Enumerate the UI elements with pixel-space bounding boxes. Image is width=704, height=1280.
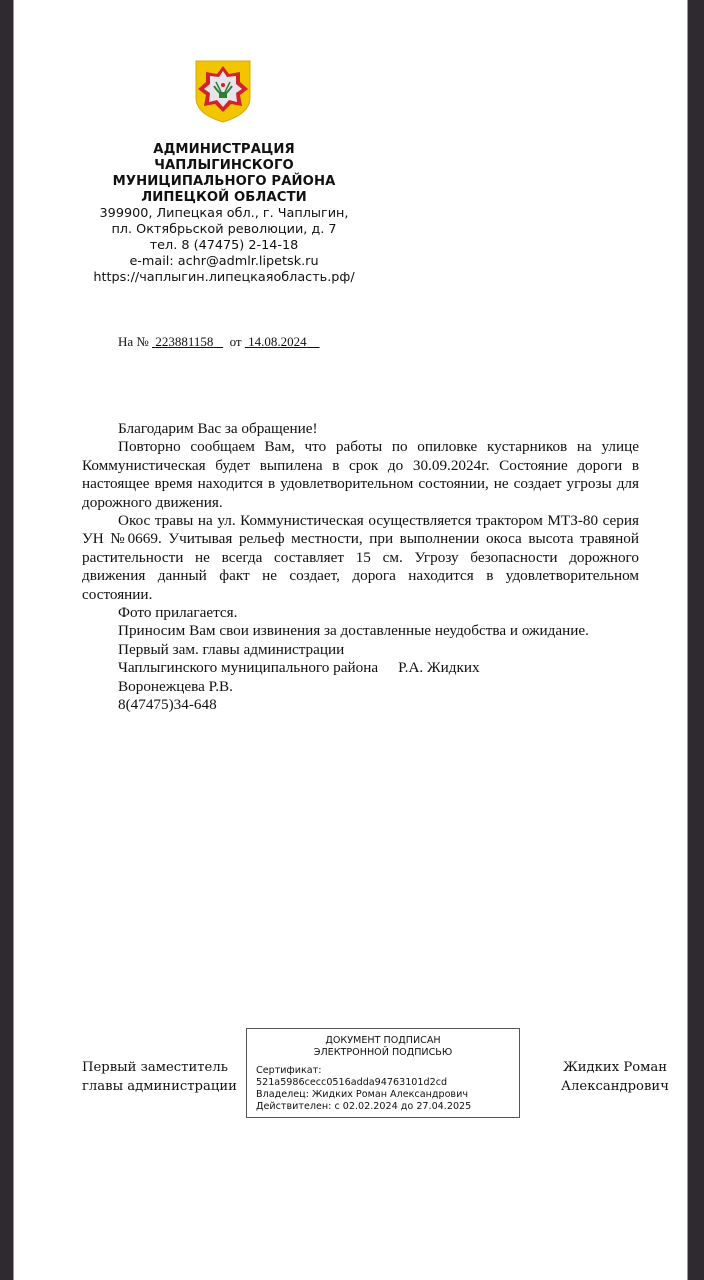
stamp-title: ДОКУМЕНТ ПОДПИСАН ЭЛЕКТРОННОЙ ПОДПИСЬЮ bbox=[247, 1035, 519, 1059]
paragraph-1: Повторно сообщаем Вам, что работы по опи… bbox=[82, 438, 639, 512]
address-line-1: 399900, Липецкая обл., г. Чаплыгин, bbox=[74, 206, 374, 222]
apology: Приносим Вам свои извинения за доставлен… bbox=[82, 622, 639, 640]
ref-date: 14.08.2024 bbox=[245, 334, 320, 349]
signer-position: Первый заместитель главы администрации bbox=[82, 1058, 237, 1096]
ref-prefix: На № bbox=[118, 334, 149, 349]
email: e-mail: achr@admlr.lipetsk.ru bbox=[74, 254, 374, 270]
address-line-2: пл. Октябрьской революции, д. 7 bbox=[74, 222, 374, 238]
greeting: Благодарим Вас за обращение! bbox=[82, 420, 639, 438]
executor-name: Воронежцева Р.В. bbox=[82, 678, 639, 696]
electronic-signature-stamp: ДОКУМЕНТ ПОДПИСАН ЭЛЕКТРОННОЙ ПОДПИСЬЮ С… bbox=[246, 1028, 520, 1118]
signer-full-name: Жидких Роман Александрович bbox=[559, 1058, 671, 1096]
paragraph-2: Окос травы на ул. Коммунистическая осуще… bbox=[82, 512, 639, 604]
signer-title-2: Чаплыгинского муниципального районаР.А. … bbox=[82, 659, 639, 677]
website: https://чаплыгин.липецкаяобласть.рф/ bbox=[74, 270, 374, 286]
letterhead: АДМИНИСТРАЦИЯ ЧАПЛЫГИНСКОГО МУНИЦИПАЛЬНО… bbox=[74, 142, 374, 286]
contact-info: 399900, Липецкая обл., г. Чаплыгин, пл. … bbox=[74, 206, 374, 286]
reference-line: На № 223881158 от 14.08.2024 bbox=[118, 334, 320, 350]
signer-short-name: Р.А. Жидких bbox=[398, 659, 479, 676]
letter-body: Благодарим Вас за обращение! Повторно со… bbox=[82, 420, 639, 715]
coat-of-arms-icon bbox=[194, 58, 252, 124]
document-page: АДМИНИСТРАЦИЯ ЧАПЛЫГИНСКОГО МУНИЦИПАЛЬНО… bbox=[14, 0, 687, 1280]
org-name: АДМИНИСТРАЦИЯ ЧАПЛЫГИНСКОГО МУНИЦИПАЛЬНО… bbox=[74, 142, 374, 206]
executor-phone: 8(47475)34-648 bbox=[82, 696, 639, 714]
certificate-validity: Действителен: с 02.02.2024 до 27.04.2025 bbox=[256, 1101, 519, 1113]
certificate-label: Сертификат: bbox=[256, 1065, 519, 1077]
ref-number: 223881158 bbox=[152, 334, 223, 349]
attachment-note: Фото прилагается. bbox=[82, 604, 639, 622]
ref-from-label: от bbox=[230, 334, 242, 349]
phone: тел. 8 (47475) 2-14-18 bbox=[74, 238, 374, 254]
stamp-details: Сертификат: 521a5986cecc0516adda94763101… bbox=[256, 1065, 519, 1113]
certificate-owner: Владелец: Жидких Роман Александрович bbox=[256, 1089, 519, 1101]
signer-title-1: Первый зам. главы администрации bbox=[82, 641, 639, 659]
certificate-id: 521a5986cecc0516adda94763101d2cd bbox=[256, 1077, 519, 1089]
